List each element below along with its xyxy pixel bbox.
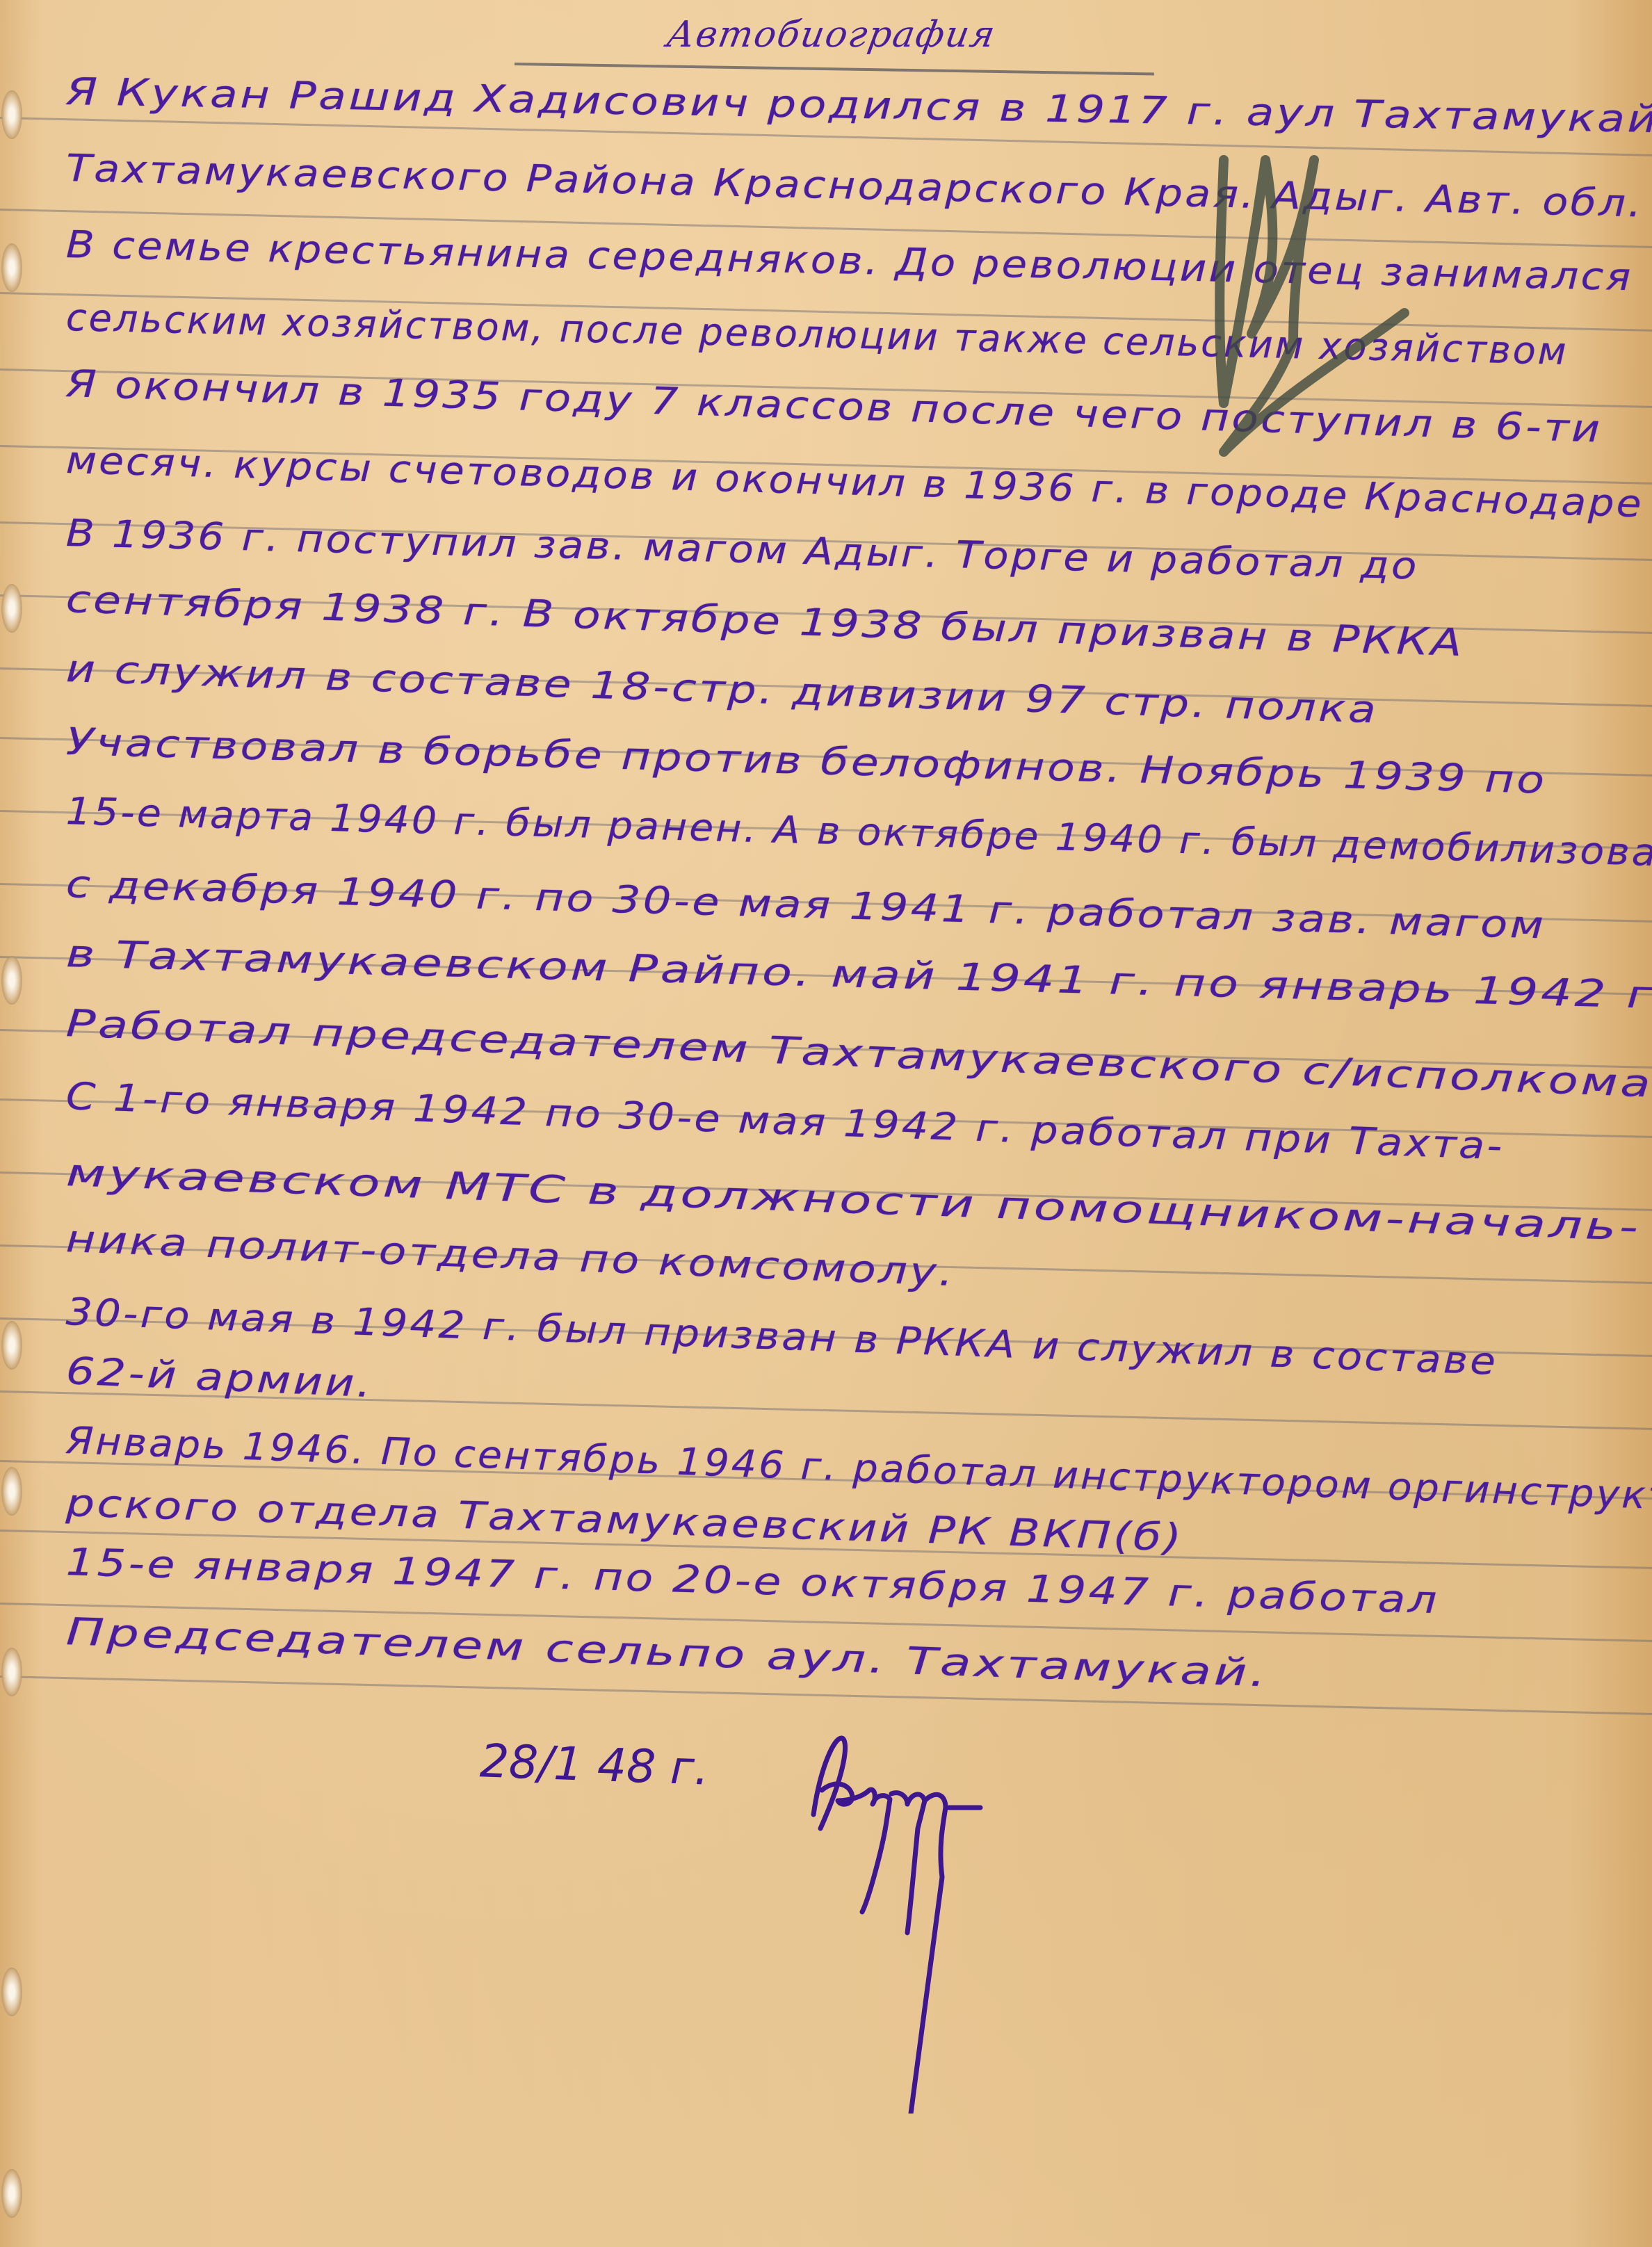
punch-hole bbox=[1, 1321, 22, 1370]
document-title: Автобиография bbox=[664, 14, 1000, 56]
signature bbox=[772, 1724, 1161, 2114]
document-date: 28/1 48 г. bbox=[479, 1734, 710, 1795]
punch-hole bbox=[1, 1968, 22, 2016]
punch-hole bbox=[1, 956, 22, 1005]
punch-hole bbox=[1, 1648, 22, 1696]
punch-hole bbox=[1, 2169, 22, 2218]
punch-hole bbox=[1, 90, 22, 139]
punch-hole bbox=[1, 1467, 22, 1516]
punch-hole bbox=[1, 243, 22, 292]
pencil-check-mark bbox=[1140, 104, 1627, 494]
punch-hole bbox=[1, 584, 22, 633]
